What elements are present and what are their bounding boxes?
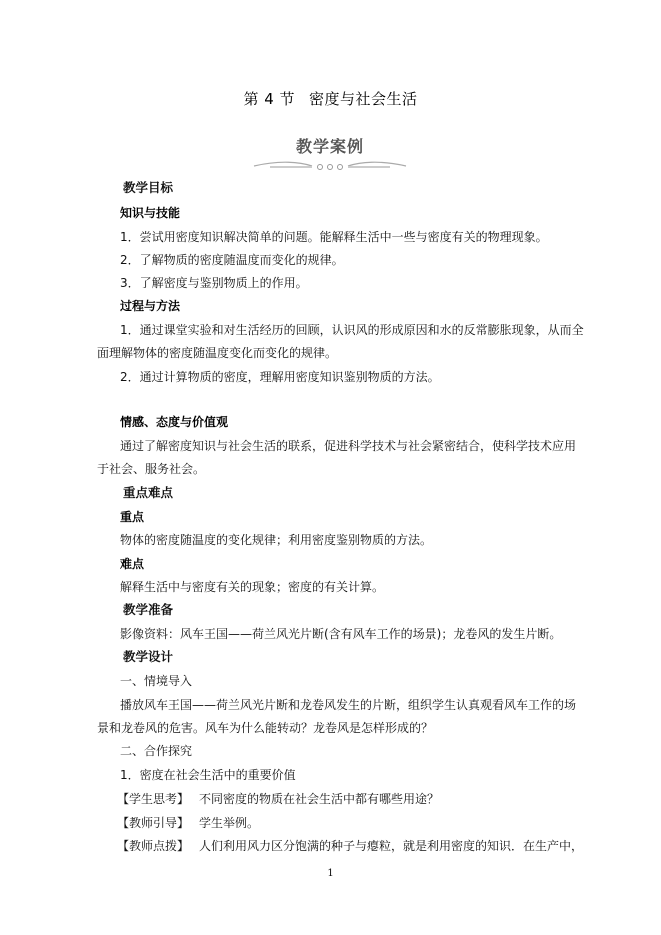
- page-title: 第 4 节密度与社会生活: [0, 88, 661, 109]
- emotion-text: 通过了解密度知识与社会生活的联系，促进科学技术与社会紧密结合，使科学技术应用: [120, 438, 576, 454]
- dialog-row: 【教师引导】学生举例。: [117, 815, 259, 831]
- process-item-line: 面理解物体的密度随温度变化而变化的规律。: [97, 345, 337, 361]
- dialog-tag: 【教师引导】: [117, 815, 199, 831]
- title-section: 第 4 节: [243, 90, 295, 108]
- design-sub1-heading: 1．密度在社会生活中的重要价值: [120, 767, 296, 783]
- key-text: 物体的密度随温度的变化规律；利用密度鉴别物质的方法。: [120, 532, 432, 548]
- design-part1-heading: 一、情境导入: [120, 673, 192, 689]
- dialog-text: 人们利用风力区分饱满的种子与瘪粒，就是利用密度的知识．在生产中，: [199, 839, 583, 853]
- knowledge-item: 3．了解密度与鉴别物质上的作用。: [120, 275, 308, 291]
- heading-objectives: 教学目标: [123, 180, 173, 196]
- process-item: 2．通过计算物质的密度，理解用密度知识鉴别物质的方法。: [120, 369, 440, 385]
- knowledge-item: 2．了解物质的密度随温度而变化的规律。: [120, 252, 344, 268]
- dialog-text: 不同密度的物质在社会生活中都有哪些用途？: [199, 792, 439, 806]
- dialog-tag: 【教师点拨】: [117, 838, 199, 854]
- design-part1-text: 播放风车王国——荷兰风光片断和龙卷风发生的片断，组织学生认真观看风车工作的场: [120, 697, 576, 713]
- dialog-tag: 【学生思考】: [117, 791, 199, 807]
- design-part2-heading: 二、合作探究: [120, 743, 192, 759]
- document-page: 第 4 节密度与社会生活 教学案例 教学目标 知识与技能 1．尝试用密度知识解决…: [0, 0, 661, 935]
- ornament-divider-icon: [250, 158, 410, 172]
- emotion-text: 于社会、服务社会。: [97, 461, 205, 477]
- heading-knowledge: 知识与技能: [120, 205, 180, 221]
- heading-emotion: 情感、态度与价值观: [120, 414, 228, 430]
- section-banner: 教学案例: [250, 134, 410, 174]
- dialog-row: 【教师点拨】人们利用风力区分饱满的种子与瘪粒，就是利用密度的知识．在生产中，: [117, 838, 583, 854]
- heading-key-points: 重点难点: [123, 485, 173, 501]
- banner-label: 教学案例: [250, 134, 410, 157]
- heading-key: 重点: [120, 509, 144, 525]
- heading-difficult: 难点: [120, 556, 144, 572]
- dialog-row: 【学生思考】不同密度的物质在社会生活中都有哪些用途？: [117, 791, 439, 807]
- design-part1-text: 景和龙卷风的危害。风车为什么能转动？龙卷风是怎样形成的？: [97, 720, 433, 736]
- process-item-line: 1．通过课堂实验和对生活经历的回顾，认识风的形成原因和水的反常膨胀现象，从而全: [120, 322, 584, 338]
- dialog-text: 学生举例。: [199, 816, 259, 830]
- knowledge-item: 1．尝试用密度知识解决简单的问题。能解释生活中一些与密度有关的物理现象。: [120, 229, 548, 245]
- title-text: 密度与社会生活: [309, 90, 418, 108]
- heading-process: 过程与方法: [120, 298, 180, 314]
- heading-preparation: 教学准备: [123, 602, 173, 618]
- difficult-text: 解释生活中与密度有关的现象；密度的有关计算。: [120, 579, 384, 595]
- heading-design: 教学设计: [123, 649, 173, 665]
- page-number: 1: [0, 868, 661, 879]
- preparation-text: 影像资料：风车王国——荷兰风光片断(含有风车工作的场景)；龙卷风的发生片断。: [120, 626, 561, 642]
